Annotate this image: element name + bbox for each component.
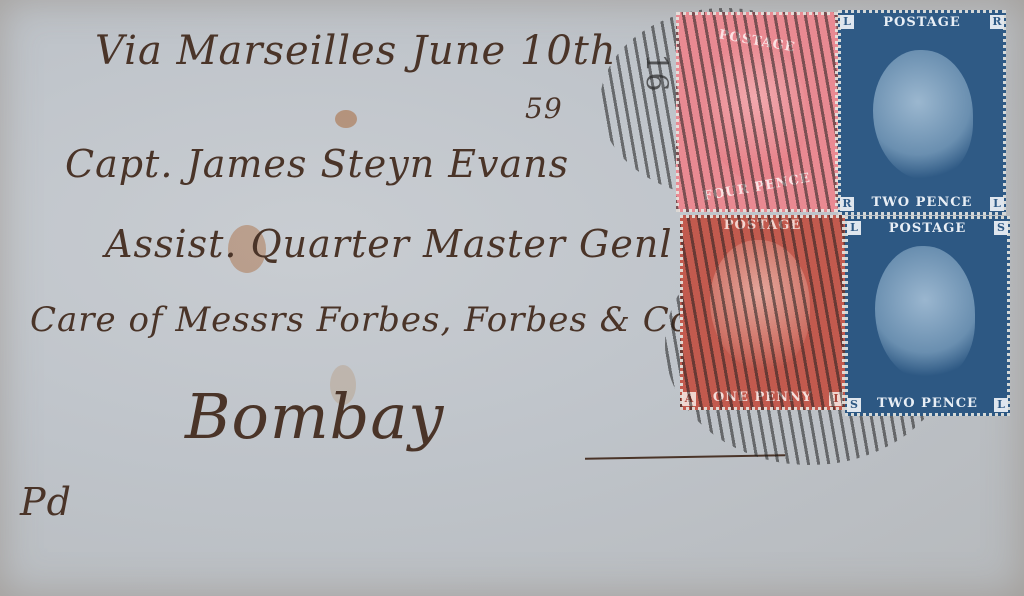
cancel-overlay	[676, 12, 838, 212]
stamp-fourpence-rose: POSTAGE FOUR PENCE	[676, 12, 838, 212]
foxing-stain	[335, 110, 357, 128]
check-letter: L	[840, 15, 854, 29]
stamp-twopence-blue: POSTAGE TWO PENCE L S S L	[845, 216, 1010, 416]
check-letter: S	[847, 398, 861, 412]
handwriting-addressee: Capt. James Steyn Evans	[65, 142, 569, 186]
postmark-numeral: 16	[639, 53, 674, 91]
handwriting-city: Bombay	[185, 380, 444, 453]
queen-head-icon	[873, 50, 973, 180]
stamp-bottom-label: TWO PENCE	[845, 396, 1010, 411]
check-letter: L	[994, 398, 1008, 412]
handwriting-year: 59	[525, 92, 563, 125]
check-letter: L	[847, 221, 861, 235]
handwriting-title: Assist. Quarter Master Genl	[105, 222, 673, 266]
stamp-top-label: POSTAGE	[838, 15, 1006, 30]
handwriting-care-of: Care of Messrs Forbes, Forbes & Co	[30, 300, 691, 340]
cancel-overlay	[680, 215, 845, 410]
stamp-top-label: POSTAGE	[845, 221, 1010, 236]
check-letter: S	[994, 221, 1008, 235]
check-letter: R	[840, 197, 854, 211]
stamp-penny-red: POSTAGE ONE PENNY A I	[680, 215, 845, 410]
stamp-twopence-blue: POSTAGE TWO PENCE L R R L	[838, 10, 1006, 215]
handwriting-docket: Pd	[20, 480, 72, 524]
envelope-cover: Via Marseilles June 10th 59 Capt. James …	[0, 0, 1024, 596]
check-letter: L	[990, 197, 1004, 211]
check-letter: R	[990, 15, 1004, 29]
stamp-bottom-label: TWO PENCE	[838, 195, 1006, 210]
handwriting-route: Via Marseilles June 10th	[95, 28, 617, 74]
queen-head-icon	[875, 246, 975, 381]
